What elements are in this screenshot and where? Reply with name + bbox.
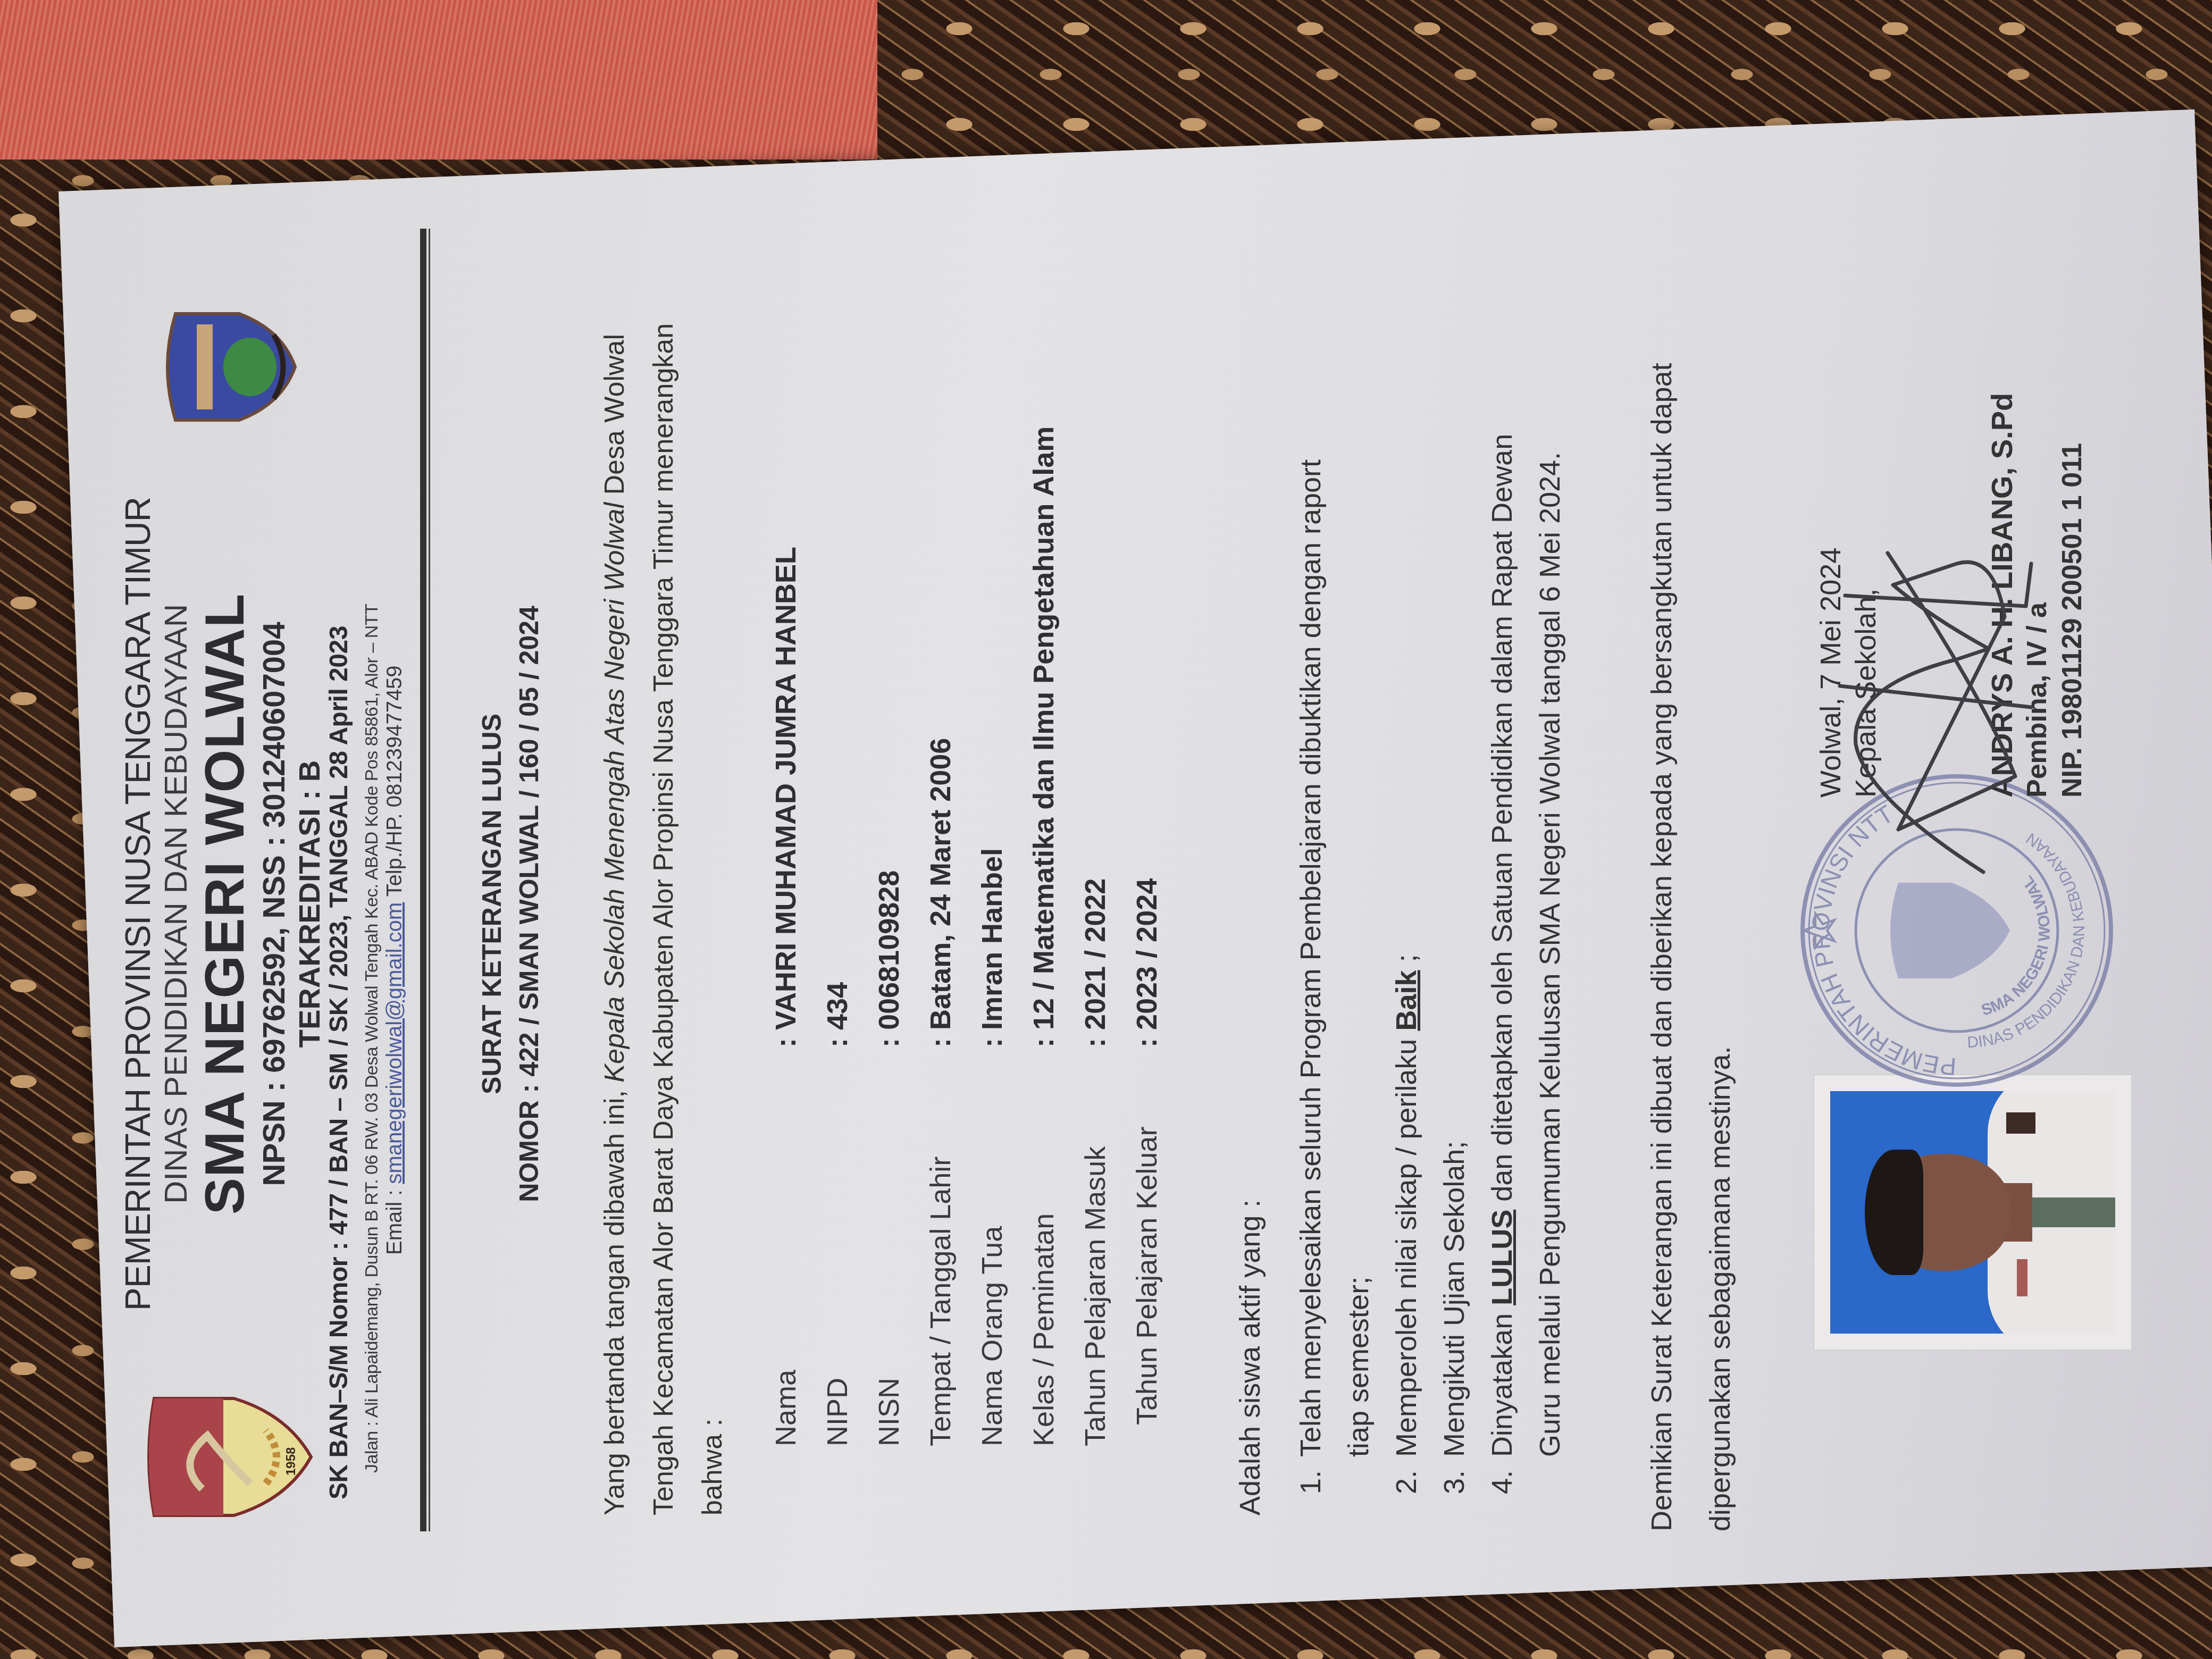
statement-continuation: Guru melalui Pengumuman Kelulusan SMA Ne… <box>1526 245 1574 1494</box>
letterhead-divider-thin <box>429 229 430 1531</box>
student-row: Nama: VAHRI MUHAMAD JUMRA HANBEL <box>760 426 812 1446</box>
contact-line: Email : smanegeriwolwal@gmail.com Telp./… <box>383 298 407 1255</box>
statement-item: 1.Telah menyelesaikan seluruh Program Pe… <box>1287 245 1335 1494</box>
student-photo <box>1813 1074 2132 1351</box>
email-link[interactable]: smanegeriwolwal@gmail.com <box>383 902 406 1184</box>
statements-list: 1.Telah menyelesaikan seluruh Program Pe… <box>1287 245 1574 1494</box>
intro-paragraph: Yang bertanda tangan dibawah ini, Kepala… <box>590 245 737 1515</box>
student-row: Tahun Pelajaran Masuk: 2021 / 2022 <box>1070 426 1121 1446</box>
statement-item: 2.Memperoleh nilai sikap / perilaku Baik… <box>1382 245 1430 1494</box>
student-row: Tempat / Tanggal Lahir: Batam, 24 Maret … <box>915 426 967 1446</box>
school-ids: NPSN : 69762592, NSS : 301240607004 <box>256 415 292 1393</box>
closing-paragraph: Demikian Surat Keterangan ini dibuat dan… <box>1632 234 1749 1531</box>
student-row: Nama Orang Tua: Imran Hanbel <box>967 426 1018 1446</box>
behavior-grade: Baik <box>1390 970 1422 1031</box>
student-row: Tahun Pelajaran Keluar: 2023 / 2024 <box>1121 426 1173 1446</box>
student-data: Nama: VAHRI MUHAMAD JUMRA HANBEL NIPD: 4… <box>760 426 1173 1446</box>
graduation-status: LULUS <box>1486 1210 1518 1305</box>
district-crest-icon <box>160 303 298 431</box>
signer-nip: NIP. 19801129 200501 1 011 <box>2055 393 2090 798</box>
statement-item: 4.Dinyatakan LULUS dan ditetapkan oleh S… <box>1478 245 1526 1494</box>
province-crest-icon: 1958 <box>144 1388 314 1526</box>
school-address: Jalan : Ali Lapaidemang, Dusun B RT. 06 … <box>362 197 382 1473</box>
svg-text:1958: 1958 <box>284 1447 298 1476</box>
red-mat-background <box>0 0 877 160</box>
accreditation-decree: SK BAN–S/M Nomor : 477 / BAN – SM / SK /… <box>324 276 354 1499</box>
student-row: NISN: 0068109828 <box>864 426 915 1446</box>
phone-number: Telp./HP. 081239477459 <box>383 665 406 902</box>
school-name: SMA NEGERI WOLWAL <box>194 415 256 1393</box>
statement-continuation: tiap semester; <box>1335 245 1382 1494</box>
letter-number: NOMOR : 422 / SMAN WOLWAL / 160 / 05 / 2… <box>510 181 548 1627</box>
letterhead-divider <box>420 229 426 1531</box>
accreditation: TERAKREDITASI : B <box>292 415 326 1393</box>
student-row: Kelas / Peminatan: 12 / Matematika dan I… <box>1018 426 1070 1446</box>
letterhead: 1958 PEMERINTAH PROVINSI NUSA TENGGARA T… <box>80 181 420 1627</box>
statement-item: 3.Mengikuti Ujian Sekolah; <box>1430 245 1478 1494</box>
title-heading: SURAT KETERANGAN LULUS <box>473 181 510 1627</box>
department-name: DINAS PENDIDIKAN DAN KEBUDAYAAN <box>158 415 194 1393</box>
government-name: PEMERINTAH PROVINSI NUSA TENGGARA TIMUR <box>117 415 158 1393</box>
handwritten-signature-icon <box>1824 457 2047 936</box>
graduation-certificate: 1958 PEMERINTAH PROVINSI NUSA TENGGARA T… <box>48 181 2148 1627</box>
statements-heading: Adalah siswa aktif yang : <box>1234 1200 1267 1515</box>
student-row: NIPD: 434 <box>812 426 864 1446</box>
document-title: SURAT KETERANGAN LULUS NOMOR : 422 / SMA… <box>473 181 548 1627</box>
